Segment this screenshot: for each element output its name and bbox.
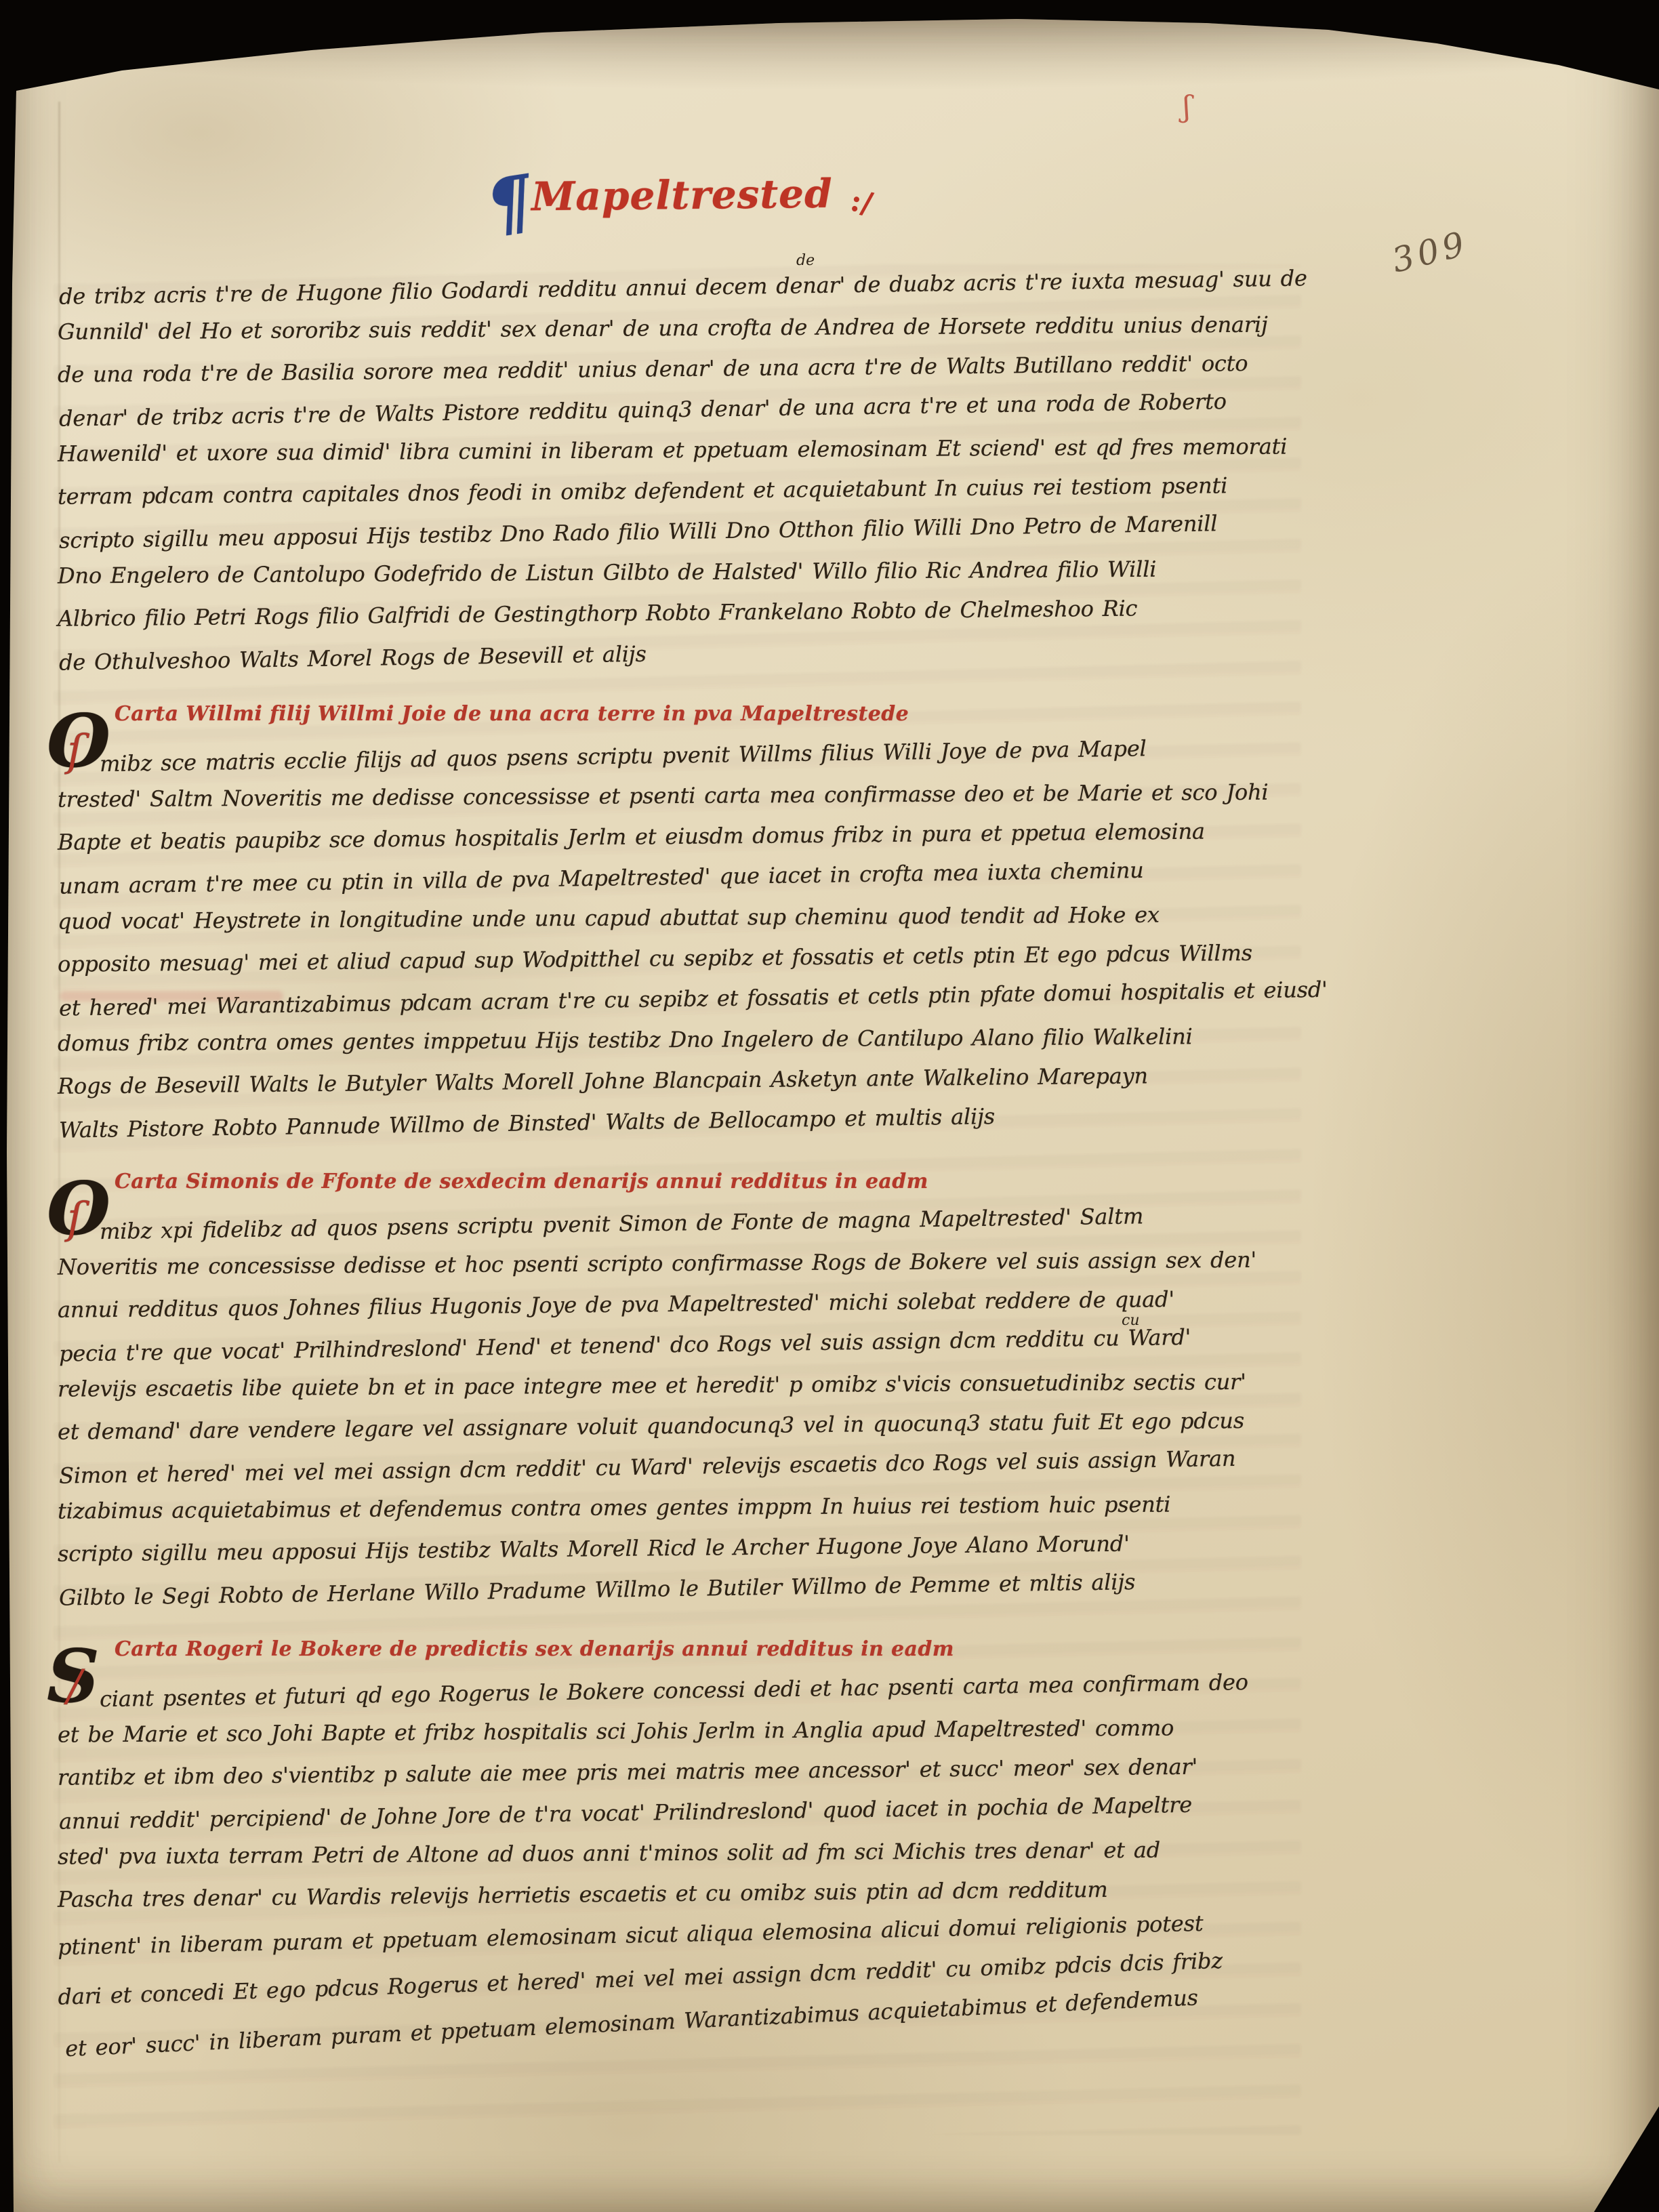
initial-filigree-icon: ſ — [67, 1186, 83, 1251]
parchment-page: 309 ¶Mapeltrested:/ ʃ de de tribz acris … — [0, 0, 1659, 2212]
charter-entry: de de tribz acris t're de Hugone filio G… — [58, 267, 1301, 674]
charter-lines: ciant psentes et futuri qd ego Rogerus l… — [58, 1670, 1301, 2036]
charter-initial: S/ — [47, 1644, 100, 1709]
heading-text: Mapeltrested — [531, 171, 833, 220]
text-block: ¶Mapeltrested:/ ʃ de de tribz acris t're… — [58, 160, 1301, 2036]
initial-filigree-icon: ſ — [67, 718, 83, 783]
initial-filigree-icon: / — [67, 1654, 82, 1719]
heading-flourish-icon: :/ — [847, 183, 876, 221]
manuscript-photo: 309 ¶Mapeltrested:/ ʃ de de tribz acris … — [0, 0, 1659, 2212]
charter-lines: de tribz acris t're de Hugone filio Goda… — [58, 267, 1301, 674]
charter-lines: mibz sce matris ecclie filijs ad quos ps… — [58, 735, 1301, 1141]
paraph-icon: ¶ — [480, 159, 533, 248]
charter-entry: S/ Carta Rogeri le Bokere de predictis s… — [58, 1629, 1301, 2036]
page-heading: ¶Mapeltrested:/ ʃ — [57, 153, 1301, 246]
charter-entry: Oſ Carta Willmi filij Willmi Joie de una… — [58, 694, 1301, 1141]
charter-lines: mibz xpi fidelibz ad quos psens scriptu … — [58, 1202, 1301, 1609]
folio-number: 309 — [1388, 206, 1542, 280]
pen-trial-mark: ʃ — [1181, 89, 1193, 125]
charter-entry: Oſ Carta Simonis de Ffonte de sexdecim d… — [58, 1162, 1301, 1609]
